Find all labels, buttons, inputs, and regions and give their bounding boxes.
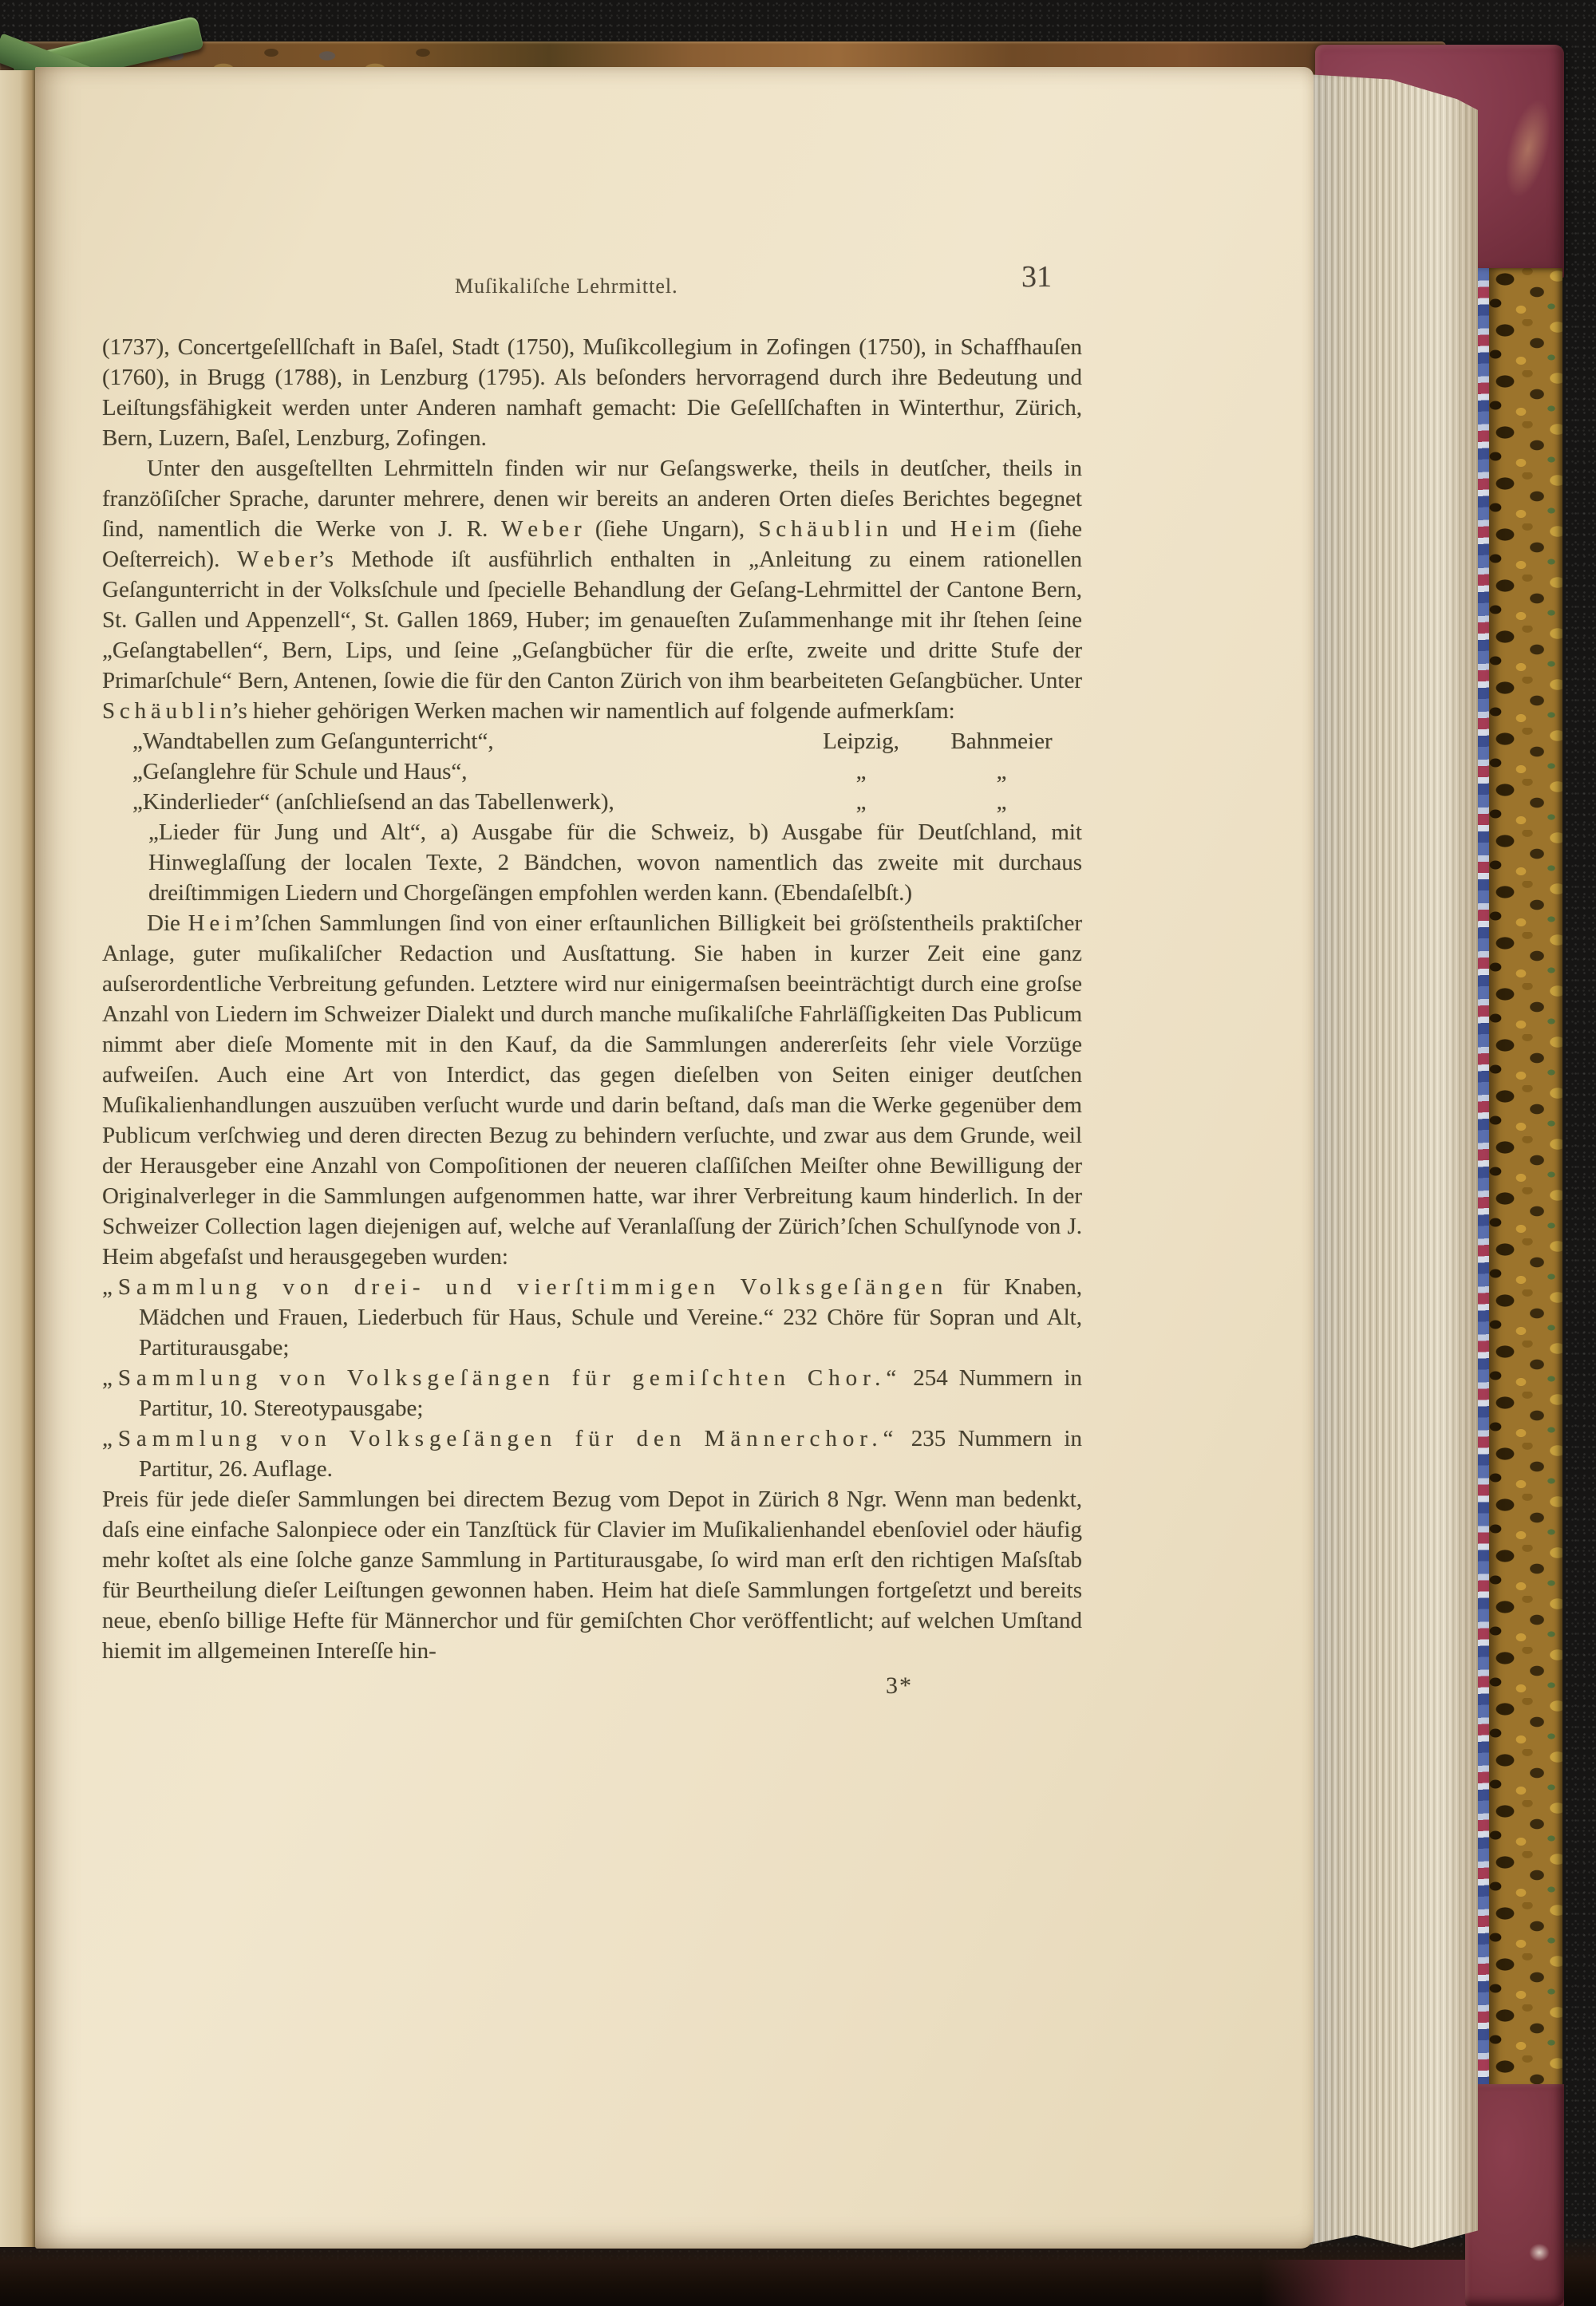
collection-item: „Sammlung von Volksgeſängen für den Männ… (102, 1423, 1082, 1484)
collection-title: „Sammlung von Volksgeſängen für den Männ… (102, 1426, 899, 1451)
page-number: 31 (1021, 262, 1052, 292)
paragraph-preis: Preis für jede dieſer Sammlungen bei dir… (102, 1484, 1082, 1666)
facing-page-gutter (0, 70, 37, 2247)
work-list-row: „Kinderlieder“ (anſchlieſsend an das Tab… (102, 787, 1082, 817)
signature-mark: 3* (886, 1671, 1082, 1701)
collection-item: „Sammlung von Volksgeſängen für gemiſcht… (102, 1363, 1082, 1423)
paragraph-heim: Die H e i m’ſchen Sammlungen ſind von ei… (102, 908, 1082, 1272)
page-block-fore-edge (1304, 69, 1478, 2250)
work-list-row: „Geſanglehre für Schule und Haus“, „ „ (102, 756, 1082, 787)
work-list-row: „Wandtabellen zum Geſangunterricht“, Lei… (102, 726, 1082, 756)
page-text-block: Muſikaliſche Lehrmittel. 31 (1737), Conc… (102, 260, 1082, 1701)
collection-title: „Sammlung von Volksgeſängen für gemiſcht… (102, 1365, 902, 1391)
work-title: „Geſanglehre für Schule und Haus“, (132, 759, 468, 784)
work-title: „Wandtabellen zum Geſangunterricht“, (132, 729, 494, 754)
work-list-item-lieder: „Lieder für Jung und Alt“, a) Ausgabe fü… (102, 817, 1082, 908)
work-title: „Kinderlieder“ (anſchlieſsend an das Tab… (132, 789, 614, 815)
ditto-marks: „ „ (801, 787, 1082, 817)
marbled-cover-right (1489, 268, 1562, 2091)
work-publisher: Leipzig, Bahnmeier (801, 726, 1082, 756)
paragraph-opening: (1737), Concertgeſellſchaft in Baſel, St… (102, 332, 1082, 453)
scanned-book-photo: Muſikaliſche Lehrmittel. 31 (1737), Conc… (0, 0, 1596, 2306)
paragraph-lehrmittel: Unter den ausgeſtellten Lehrmitteln find… (102, 453, 1082, 726)
running-head: Muſikaliſche Lehrmittel. 31 (102, 260, 1082, 319)
ditto-marks: „ „ (801, 756, 1082, 787)
book-cover-corner-bottom-right (1465, 2084, 1564, 2306)
collection-item: „Sammlung von drei- und vierſtimmigen Vo… (102, 1272, 1082, 1363)
running-head-title: Muſikaliſche Lehrmittel. (455, 271, 678, 302)
collection-title: „Sammlung von drei- und vierſtimmigen Vo… (102, 1274, 948, 1300)
